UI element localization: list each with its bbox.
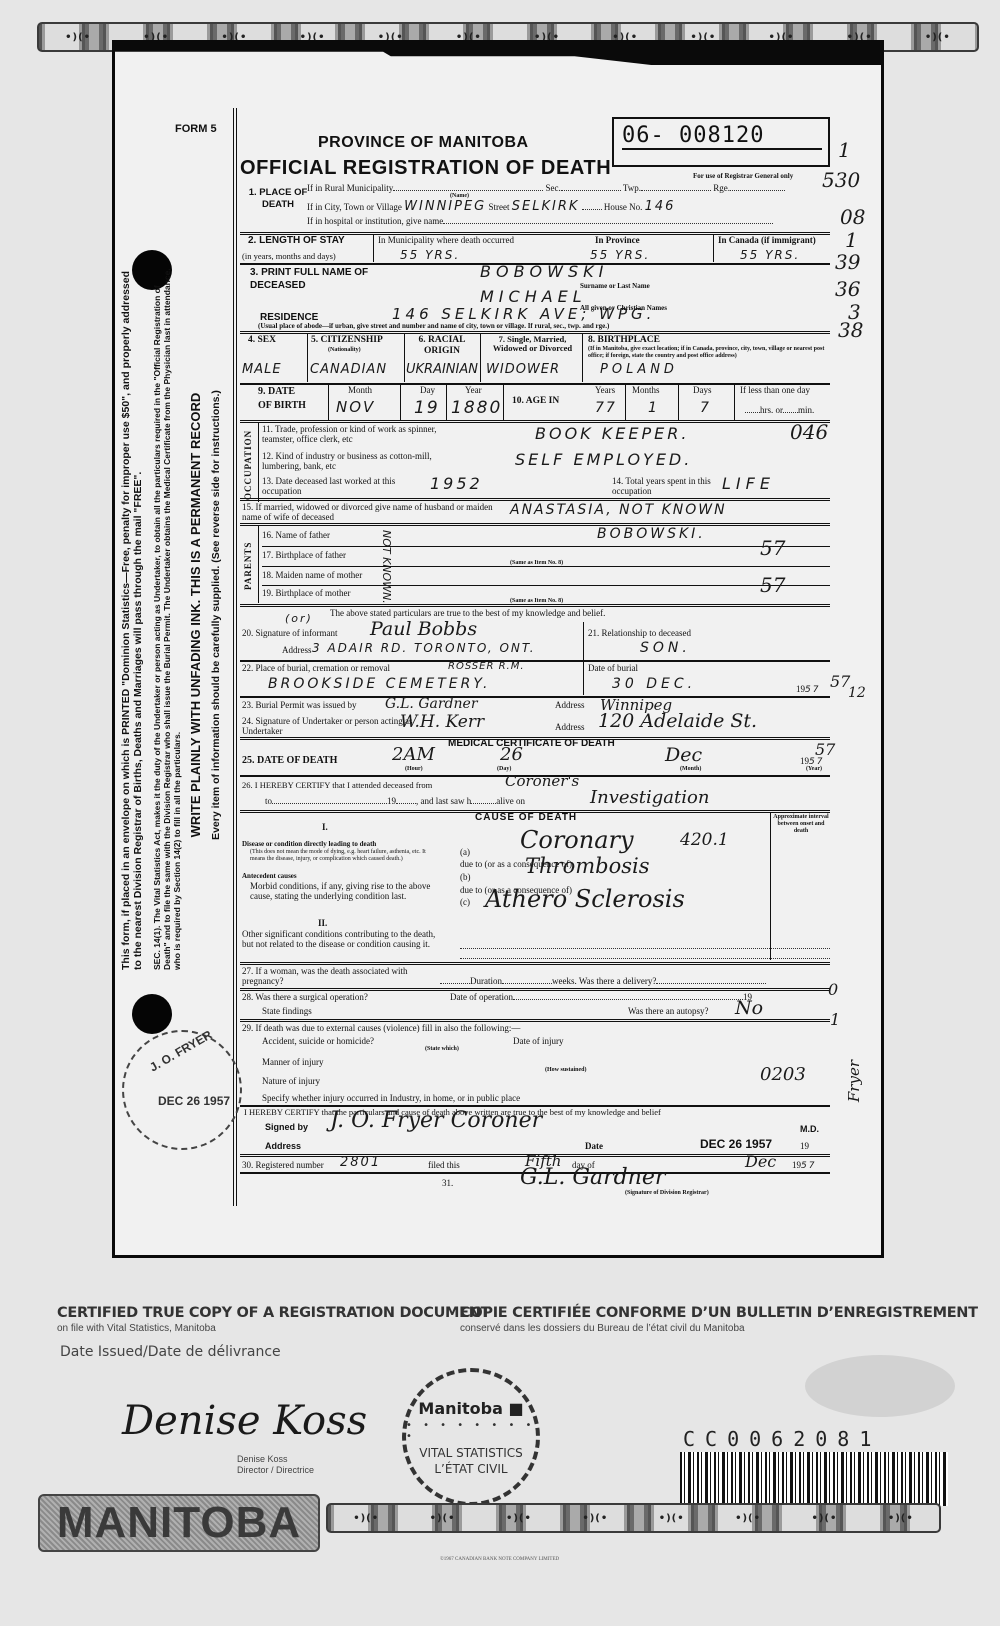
- seal-line-fr: L’ÉTAT CIVIL: [434, 1462, 507, 1476]
- birthplace-label: 8. BIRTHPLACE: [588, 335, 660, 345]
- ornament: •)(•: [659, 1513, 685, 1524]
- duration-label: Duration: [470, 976, 502, 986]
- date-of-death-label: 25. DATE OF DEATH: [242, 755, 337, 766]
- certifier-date-label: Date: [585, 1141, 603, 1151]
- ornament: •)(•: [506, 1513, 532, 1524]
- divider: [240, 1019, 830, 1022]
- margin-signature: Fryer: [845, 1060, 863, 1102]
- affirmation-text: The above stated particulars are true to…: [330, 608, 605, 618]
- margin-code: 0: [828, 980, 838, 999]
- rural-municipality-row: If in Rural Municipality Sec. Twp. Rge.: [307, 183, 785, 193]
- injury-date-label: Date of injury: [513, 1036, 563, 1046]
- year-prefix: 19: [800, 1141, 809, 1151]
- municipality-value: 55 YRS.: [400, 248, 460, 262]
- attendance-certify-label: 26. I HEREBY CERTIFY that I attended dec…: [242, 780, 432, 790]
- informant-label: 20. Signature of informant: [242, 628, 337, 638]
- director-signature: Denise Koss: [122, 1398, 367, 1444]
- seal-dots: • • • • • • • • •: [406, 1420, 536, 1442]
- cause-a-label: (a): [460, 847, 470, 857]
- municipality-label: In Municipality where death occurred: [378, 235, 514, 245]
- immediate-cause-note: (This does not mean the mode of dying, e…: [250, 849, 430, 863]
- or-note: (or): [285, 612, 313, 625]
- security-border-bottom: •)(••)(••)(••)(••)(••)(••)(••)(•: [326, 1503, 941, 1533]
- margin-code: 530: [822, 168, 860, 192]
- divider: [240, 988, 830, 991]
- day-value: 19: [414, 398, 440, 418]
- form-number: FORM 5: [175, 123, 217, 135]
- cause-c-label: (c): [460, 897, 470, 907]
- alive-on-label: alive on: [496, 796, 525, 806]
- city-row: If in City, Town or Village WINNIPEG Str…: [307, 199, 675, 214]
- ornament: •)(•: [582, 1513, 608, 1524]
- birthplace-note: (If in Manitoba, give exact location; if…: [588, 346, 833, 360]
- marital-value: WIDOWER: [486, 362, 560, 377]
- antecedent-label: Antecedent causes: [242, 872, 297, 880]
- barcode: [680, 1452, 948, 1506]
- divider: [583, 622, 584, 660]
- sec-label: Sec.: [545, 183, 560, 193]
- margin-code: 38: [838, 318, 863, 342]
- age-years-value: 77: [595, 400, 617, 416]
- burial-place-label: 22. Place of burial, cremation or remova…: [242, 663, 390, 673]
- certified-copy-subtitle-en: on file with Vital Statistics, Manitoba: [57, 1323, 216, 1334]
- undertaker-address-label: Address: [555, 722, 585, 732]
- autopsy-value: No: [735, 997, 763, 1019]
- hologram-oval: [805, 1355, 955, 1417]
- ornament: •)(•: [65, 32, 91, 43]
- divider: [240, 962, 830, 965]
- attended-to-row: to19, and last saw halive on: [265, 796, 525, 806]
- trade-label: 11. Trade, profession or kind of work as…: [262, 424, 462, 444]
- day-label: Day: [420, 385, 435, 395]
- divider: [582, 334, 583, 382]
- divider: [373, 234, 374, 262]
- cause-of-death-heading: CAUSE OF DEATH: [475, 812, 577, 823]
- instruction-every-item: Every item of information should be care…: [210, 260, 222, 970]
- birthplace-value: POLAND: [600, 362, 678, 377]
- registration-number-box: 06- 008120: [612, 117, 830, 167]
- pregnancy-row: Durationweeks. Was there a delivery?: [440, 976, 766, 986]
- mother-birthplace-label: 19. Birthplace of mother: [262, 588, 350, 598]
- marital-label: 7. Single, Married, Widowed or Divorced: [485, 335, 580, 353]
- manitoba-badge: MANITOBA: [38, 1494, 320, 1552]
- divider: [460, 948, 830, 949]
- margin-code: 57: [760, 573, 785, 597]
- date-issued-label: Date Issued/Date de délivrance: [60, 1344, 281, 1360]
- operation-date-label: Date of operation: [450, 992, 513, 1002]
- instruction-act: SEC. 14(1). The Vital Statistics Act, ma…: [152, 260, 182, 970]
- filed-this-label: filed this: [428, 1160, 460, 1170]
- autopsy-label: Was there an autopsy?: [628, 1006, 709, 1016]
- informant-address-label: Address: [282, 645, 312, 655]
- accident-label: Accident, suicide or homicide?: [262, 1036, 374, 1046]
- year-prefix: 19: [792, 1160, 801, 1170]
- attended-from-value: Coroner's: [505, 772, 579, 790]
- interval-label: Approximate interval between onset and d…: [773, 814, 829, 835]
- external-causes-label: 29. If death was due to external causes …: [242, 1023, 520, 1033]
- city-value: WINNIPEG: [404, 199, 486, 214]
- operation-label: 28. Was there a surgical operation?: [242, 992, 368, 1002]
- age-label: 10. AGE IN: [512, 396, 559, 406]
- margin-code: 57: [815, 740, 835, 759]
- divider: [240, 696, 830, 698]
- seal-line-en: VITAL STATISTICS: [419, 1446, 523, 1460]
- racial-origin-label: 6. RACIAL ORIGIN: [412, 335, 472, 357]
- month-hint: (Month): [680, 766, 701, 772]
- burial-rm-value: ROSSER R.M.: [448, 661, 525, 672]
- certified-copy-title-en: CERTIFIED TRUE COPY OF A REGISTRATION DO…: [57, 1305, 490, 1321]
- street-label: Street: [489, 202, 510, 212]
- place-of-death-label: 1. PLACE OF DEATH: [248, 187, 308, 211]
- years-spent-label: 14. Total years spent in this occupation: [612, 476, 712, 496]
- nature-label: Nature of injury: [262, 1076, 320, 1086]
- relationship-value: SON.: [640, 640, 691, 656]
- vital-statistics-seal: Manitoba ■ • • • • • • • • • VITAL STATI…: [402, 1368, 540, 1506]
- last-worked-label: 13. Date deceased last worked at this oc…: [262, 476, 422, 496]
- divider: [262, 585, 830, 586]
- weeks-label: weeks.: [552, 976, 577, 986]
- divider: [258, 525, 259, 603]
- mother-label: 18. Maiden name of mother: [262, 570, 362, 580]
- instruction-ink: WRITE PLAINLY WITH UNFADING INK. THIS IS…: [190, 260, 202, 970]
- divider: [262, 566, 830, 567]
- divider: [713, 234, 714, 262]
- occupation-section-label: OCCUPATION: [243, 430, 253, 500]
- cause-c-value: Athero Sclerosis: [485, 885, 685, 913]
- divider: [583, 661, 584, 695]
- last-worked-value: 1952: [430, 474, 483, 493]
- sex-label: 4. SEX: [248, 335, 276, 345]
- divider: [328, 384, 329, 420]
- divider: [404, 334, 405, 382]
- punch-hole-icon: [132, 994, 172, 1034]
- residence-note: (Usual place of abode—if urban, give str…: [258, 322, 609, 330]
- industry-label: 12. Kind of industry or business as cott…: [262, 451, 462, 471]
- divider: [734, 384, 735, 420]
- age-months-value: 1: [648, 400, 659, 416]
- to-label: to: [265, 796, 272, 806]
- citizenship-label: 5. CITIZENSHIP: [311, 335, 383, 345]
- cause-b-label: (b): [460, 872, 471, 882]
- permit-address-label: Address: [555, 700, 585, 710]
- divider: [240, 420, 830, 423]
- residence-value: 146 SELKIRK AVE; WPG.: [392, 305, 655, 323]
- manner-label: Manner of injury: [262, 1057, 323, 1067]
- director-block: Denise Koss Director / Directrice: [237, 1454, 314, 1476]
- hour-hint: (Hour): [405, 766, 423, 772]
- surname-value: BOBOWSKI: [480, 262, 608, 281]
- cause-b-value: Thrombosis: [525, 854, 649, 878]
- ornament: •)(•: [353, 1513, 379, 1524]
- ornament: •)(•: [925, 32, 951, 43]
- seal-brand-text: Manitoba: [418, 1399, 502, 1418]
- certifier-address-label: Address: [265, 1141, 301, 1151]
- injury-place-label: Specify whether injury occurred in Indus…: [262, 1093, 520, 1103]
- days-label: Days: [693, 385, 712, 395]
- ornament: •)(•: [811, 1513, 837, 1524]
- burial-year-value: 57: [805, 685, 820, 695]
- divider: [400, 384, 401, 420]
- surname-hint: Surname or Last Name: [580, 282, 650, 290]
- burial-date-label: Date of burial: [588, 663, 638, 673]
- md-label: M.D.: [800, 1124, 819, 1134]
- margin-code: 1: [830, 1010, 840, 1029]
- filed-month-value: Dec: [745, 1152, 776, 1171]
- registration-number: 06- 008120: [622, 123, 822, 150]
- divider: [240, 523, 830, 526]
- undertaker-signature: W.H. Kerr: [400, 712, 484, 732]
- death-hour-value: 2AM: [392, 744, 435, 765]
- sex-value: MALE: [242, 362, 282, 377]
- margin-code: 046: [790, 420, 828, 444]
- province-value: 55 YRS.: [590, 248, 650, 262]
- certified-copy-title-fr: COPIE CERTIFIÉE CONFORME D’UN BULLETIN D…: [460, 1305, 978, 1321]
- divider: [446, 384, 447, 420]
- burial-place-value: BROOKSIDE CEMETERY.: [268, 676, 491, 692]
- length-of-stay-sublabel: (in years, months and days): [242, 251, 336, 261]
- father-label: 16. Name of father: [262, 530, 330, 540]
- cause-a-value: Coronary: [520, 826, 634, 854]
- form-left-border: [233, 108, 237, 1206]
- director-title: Director / Directrice: [237, 1465, 314, 1476]
- hours-minutes-row: hrs. ormin.: [745, 405, 814, 415]
- year-label: Year: [465, 385, 482, 395]
- divider: [240, 604, 830, 607]
- margin-code: 1: [838, 138, 851, 162]
- registered-number-label: 30. Registered number: [242, 1160, 324, 1170]
- cause-code-value: 420.1: [680, 830, 729, 850]
- relationship-label: 21. Relationship to deceased: [588, 628, 691, 638]
- year-value: 1880: [451, 398, 502, 418]
- coroner-signature: J. O. Fryer Coroner: [330, 1108, 542, 1133]
- year-hint: (Year): [806, 766, 822, 772]
- document-title: OFFICIAL REGISTRATION OF DEATH: [240, 157, 611, 180]
- certification-date-stamp: DEC 26 1957: [700, 1137, 772, 1151]
- printer-note: ©1967 CANADIAN BANK NOTE COMPANY LIMITED: [440, 1557, 559, 1562]
- how-sustained-hint: (How sustained): [545, 1067, 587, 1073]
- parents-section-label: PARENTS: [243, 542, 253, 590]
- part-one-label: I.: [322, 822, 328, 832]
- years-label: Years: [595, 385, 615, 395]
- margin-code: 57: [760, 536, 785, 560]
- divider: [625, 384, 626, 420]
- side-instructions: This form, if placed in an envelope on w…: [120, 260, 230, 970]
- burial-permit-signature: G.L. Gardner: [385, 696, 478, 712]
- delivery-label: Was there a delivery?: [579, 976, 656, 986]
- house-value: 146: [645, 199, 676, 214]
- name-hint: (Name): [450, 193, 469, 199]
- divider: [262, 546, 830, 547]
- division-registrar-label: 31.: [442, 1178, 453, 1188]
- margin-code: 36: [835, 277, 860, 301]
- province-label: In Province: [595, 235, 640, 245]
- divider: [307, 334, 308, 382]
- burial-date-value: 30 DEC.: [612, 676, 696, 692]
- given-name-value: MICHAEL: [480, 287, 587, 306]
- death-day-value: 26: [500, 744, 523, 765]
- hrs-label: hrs. or: [760, 405, 783, 415]
- serial-number: CC0062081: [683, 1427, 881, 1451]
- month-label: Month: [348, 385, 372, 395]
- years-spent-value: LIFE: [722, 474, 775, 493]
- informant-address-value: 3 ADAIR RD. TORONTO, ONT.: [312, 641, 536, 655]
- filed-year: 1957: [792, 1160, 816, 1171]
- divider: [503, 384, 504, 420]
- seal-brand: Manitoba ■: [418, 1399, 523, 1418]
- burial-permit-label: 23. Burial Permit was issued by: [242, 700, 357, 710]
- division-registrar-signature: G.L. Gardner: [520, 1165, 665, 1190]
- pregnancy-label: 27. If a woman, was the death associated…: [242, 966, 432, 986]
- age-days-value: 7: [700, 400, 711, 416]
- hospital-row: If in hospital or institution, give name: [307, 216, 773, 226]
- undertaker-address-value: 120 Adelaide St.: [598, 710, 757, 732]
- min-label: min.: [798, 405, 814, 415]
- signed-by-label: Signed by: [265, 1122, 308, 1132]
- margin-code: 0203: [760, 1064, 806, 1085]
- twp-label: Twp.: [623, 183, 641, 193]
- death-month-value: Dec: [665, 744, 702, 766]
- canada-value: 55 YRS.: [740, 248, 800, 262]
- months-label: Months: [632, 385, 660, 395]
- division-registrar-hint: (Signature of Division Registrar): [625, 1190, 709, 1196]
- findings-label: State findings: [262, 1006, 312, 1016]
- dob-label: 9. DATE OF BIRTH: [258, 385, 308, 413]
- stamp-name: J. O. FRYER: [147, 1028, 214, 1075]
- trade-value: BOOK KEEPER.: [535, 424, 689, 443]
- rural-label: If in Rural Municipality: [307, 183, 393, 193]
- divider: [460, 958, 830, 959]
- last-saw-label: , and last saw h: [416, 796, 471, 806]
- ornament: •)(•: [888, 1513, 914, 1524]
- city-label: If in City, Town or Village: [307, 202, 402, 212]
- full-name-label: 3. PRINT FULL NAME OF DECEASED: [250, 266, 380, 292]
- length-of-stay-label: 2. LENGTH OF STAY: [248, 235, 345, 246]
- father-value: BOBOWSKI.: [597, 526, 706, 542]
- divider: [480, 334, 481, 382]
- margin-code: 39: [835, 250, 860, 274]
- province-heading: PROVINCE OF MANITOBA: [318, 134, 529, 152]
- rge-label: Rge.: [713, 183, 730, 193]
- part-two-label: II.: [318, 918, 327, 928]
- instruction-mail: This form, if placed in an envelope on w…: [120, 260, 144, 970]
- divider: [770, 812, 771, 960]
- state-which-hint: (State which): [425, 1046, 459, 1052]
- year-prefix: 19: [387, 796, 396, 806]
- scan-shadow-band: [115, 43, 881, 65]
- stamp-date: DEC 26 1957: [158, 1094, 230, 1108]
- industry-value: SELF EMPLOYED.: [515, 450, 692, 469]
- other-conditions-label: Other significant conditions contributin…: [242, 929, 437, 949]
- bison-icon: ■: [508, 1399, 523, 1418]
- registered-number-value: 2801: [340, 1155, 381, 1170]
- registrar-note: For use of Registrar General only: [693, 172, 793, 180]
- medical-certificate-heading: MEDICAL CERTIFICATE OF DEATH: [448, 738, 615, 749]
- margin-code: 12: [848, 685, 866, 701]
- ornament: •)(•: [430, 1513, 456, 1524]
- citizenship-sublabel: (Nationality): [328, 347, 361, 353]
- alive-on-value: Investigation: [590, 787, 709, 808]
- canada-label: In Canada (if immigrant): [718, 235, 816, 245]
- divider: [240, 498, 830, 501]
- antecedent-note: Morbid conditions, if any, giving rise t…: [250, 881, 440, 901]
- year-prefix: 19: [800, 756, 809, 766]
- house-label: House No.: [604, 202, 643, 212]
- operation-date-row: Date of operation19: [450, 992, 752, 1002]
- divider: [240, 660, 830, 662]
- street-value: SELKIRK: [512, 199, 580, 214]
- spouse-value: ANASTASIA, NOT KNOWN: [510, 502, 727, 518]
- month-value: NOV: [336, 398, 375, 416]
- certified-copy-subtitle-fr: conservé dans les dossiers du Bureau de …: [460, 1323, 745, 1334]
- citizenship-value: CANADIAN: [310, 362, 387, 377]
- ornament: •)(•: [735, 1513, 761, 1524]
- divider: [678, 384, 679, 420]
- less-than-day-label: If less than one day: [740, 385, 810, 395]
- divider: [258, 422, 259, 502]
- spouse-label: 15. If married, widowed or divorced give…: [242, 502, 512, 522]
- director-name: Denise Koss: [237, 1454, 314, 1465]
- margin-code: 08: [840, 205, 865, 229]
- coroner-stamp: J. O. FRYER DEC 26 1957: [122, 1030, 242, 1150]
- burial-year: 1957: [796, 684, 820, 695]
- racial-origin-value: UKRAINIAN: [406, 362, 478, 377]
- year-prefix: 19: [796, 684, 805, 694]
- margin-code: 1: [845, 228, 858, 252]
- father-birthplace-label: 17. Birthplace of father: [262, 550, 346, 560]
- informant-signature: Paul Bobbs: [370, 618, 477, 640]
- hospital-label: If in hospital or institution, give name: [307, 216, 443, 226]
- filed-year-value: 57: [801, 1161, 816, 1171]
- immediate-cause-label: Disease or condition directly leading to…: [242, 840, 376, 848]
